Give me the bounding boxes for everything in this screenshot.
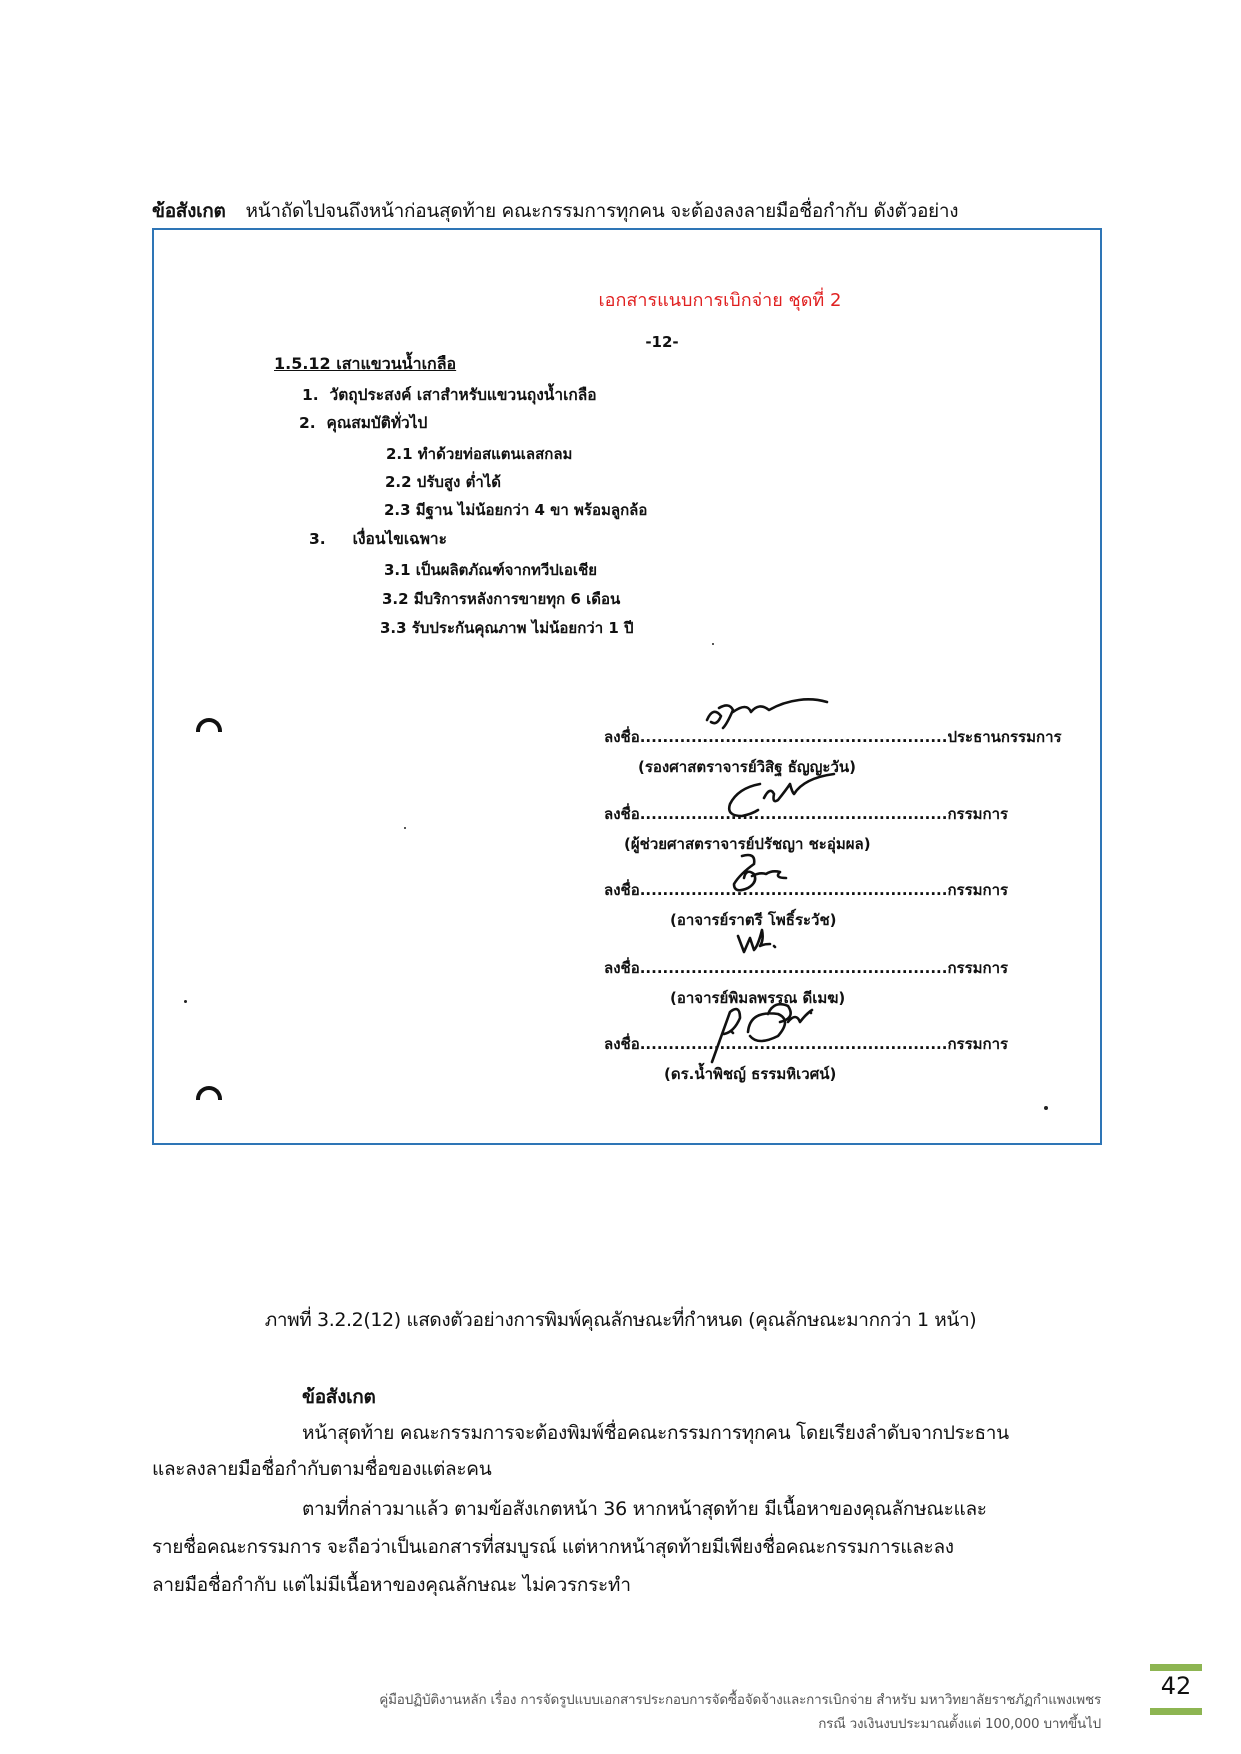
observation-heading: ข้อสังเกต [302,1382,376,1412]
top-note: ข้อสังเกตหน้าถัดไปจนถึงหน้าก่อนสุดท้าย ค… [152,196,958,226]
signature-prefix: ลงชื่อ [604,881,640,899]
page-number-accent-top [1150,1664,1202,1671]
figure-header: เอกสารแนบการเบิกจ่าย ชุดที่ 2 [520,285,920,314]
spec-subitem: 3.2 มีบริการหลังการขายทุก 6 เดือน [382,587,620,611]
handwritten-signature-icon [722,772,852,820]
figure-caption: ภาพที่ 3.2.2(12) แสดงตัวอย่างการพิมพ์คุณ… [0,1305,1241,1335]
spec-subitem: 2.2 ปรับสูง ต่ำได้ [385,470,501,494]
scan-speck [184,1000,187,1003]
spec-item-number: 2. [299,414,316,432]
signature-prefix: ลงชื่อ [604,805,640,823]
signature-role: กรรมการ [947,1035,1008,1053]
page-number-accent-bottom [1150,1708,1202,1715]
signature-role: กรรมการ [947,959,1008,977]
figure-scanned-document: เอกสารแนบการเบิกจ่าย ชุดที่ 2 -12- 1.5.1… [152,228,1102,1145]
signature-prefix: ลงชื่อ [604,728,640,746]
punch-hole-mark [196,1086,222,1100]
footer-title: คู่มือปฏิบัติงานหลัก เรื่อง การจัดรูปแบบ… [379,1688,1101,1710]
observation-line: รายชื่อคณะกรรมการ จะถือว่าเป็นเอกสารที่ส… [152,1532,954,1562]
handwritten-signature-icon [692,992,842,1072]
scan-speck [1044,1106,1048,1110]
signature-prefix: ลงชื่อ [604,959,640,977]
observation-line: ตามที่กล่าวมาแล้ว ตามข้อสังเกตหน้า 36 หา… [302,1494,987,1524]
spec-item-number: 3. [309,530,326,548]
spec-item-text: เงื่อนไขเฉพาะ [353,530,447,548]
top-note-text: หน้าถัดไปจนถึงหน้าก่อนสุดท้าย คณะกรรมการ… [246,200,959,222]
signature-dots: ........................................… [640,959,948,977]
spec-item-text: คุณสมบัติทั่วไป [326,414,427,432]
spec-item-number: 1. [302,386,319,404]
handwritten-signature-icon [722,850,812,900]
scan-speck [404,827,406,829]
punch-hole-mark [196,718,222,732]
spec-subitem: 3.3 รับประกันคุณภาพ ไม่น้อยกว่า 1 ปี [380,616,634,640]
handwritten-signature-icon [732,924,792,960]
signature-role: ประธานกรรมการ [947,728,1061,746]
spec-item-text: วัตถุประสงค์ เสาสำหรับแขวนถุงน้ำเกลือ [329,386,596,404]
top-note-label: ข้อสังเกต [152,200,226,222]
signature-role: กรรมการ [947,805,1008,823]
spec-subitem: 2.1 ทำด้วยท่อสแตนเลสกลม [386,442,572,466]
spec-subitem: 2.3 มีฐาน ไม่น้อยกว่า 4 ขา พร้อมลูกล้อ [384,498,647,522]
signature-role: กรรมการ [947,881,1008,899]
spec-item: 2. คุณสมบัติทั่วไป [299,410,427,435]
spec-item: 3. เงื่อนไขเฉพาะ [309,526,447,551]
scan-speck [712,643,714,645]
handwritten-signature-icon [699,698,849,740]
signature-prefix: ลงชื่อ [604,1035,640,1053]
signature-line: ลงชื่อ..................................… [604,956,1008,980]
observation-line: ลายมือชื่อกำกับ แต่ไม่มีเนื้อหาของคุณลัก… [152,1570,631,1600]
figure-page-number: -12- [632,333,692,351]
spec-title: 1.5.12 เสาแขวนน้ำเกลือ [274,352,456,377]
observation-line: หน้าสุดท้าย คณะกรรมการจะต้องพิมพ์ชื่อคณะ… [302,1418,1009,1448]
footer-subtitle: กรณี วงเงินงบประมาณตั้งแต่ 100,000 บาทขึ… [818,1712,1101,1734]
page-number: 42 [1144,1672,1208,1700]
spec-item: 1. วัตถุประสงค์ เสาสำหรับแขวนถุงน้ำเกลือ [302,382,597,407]
signature-block: ลงชื่อ..................................… [604,710,1024,1120]
spec-subitem: 3.1 เป็นผลิตภัณฑ์จากทวีปเอเชีย [384,558,597,582]
observation-line: และลงลายมือชื่อกำกับตามชื่อของแต่ละคน [152,1454,491,1484]
